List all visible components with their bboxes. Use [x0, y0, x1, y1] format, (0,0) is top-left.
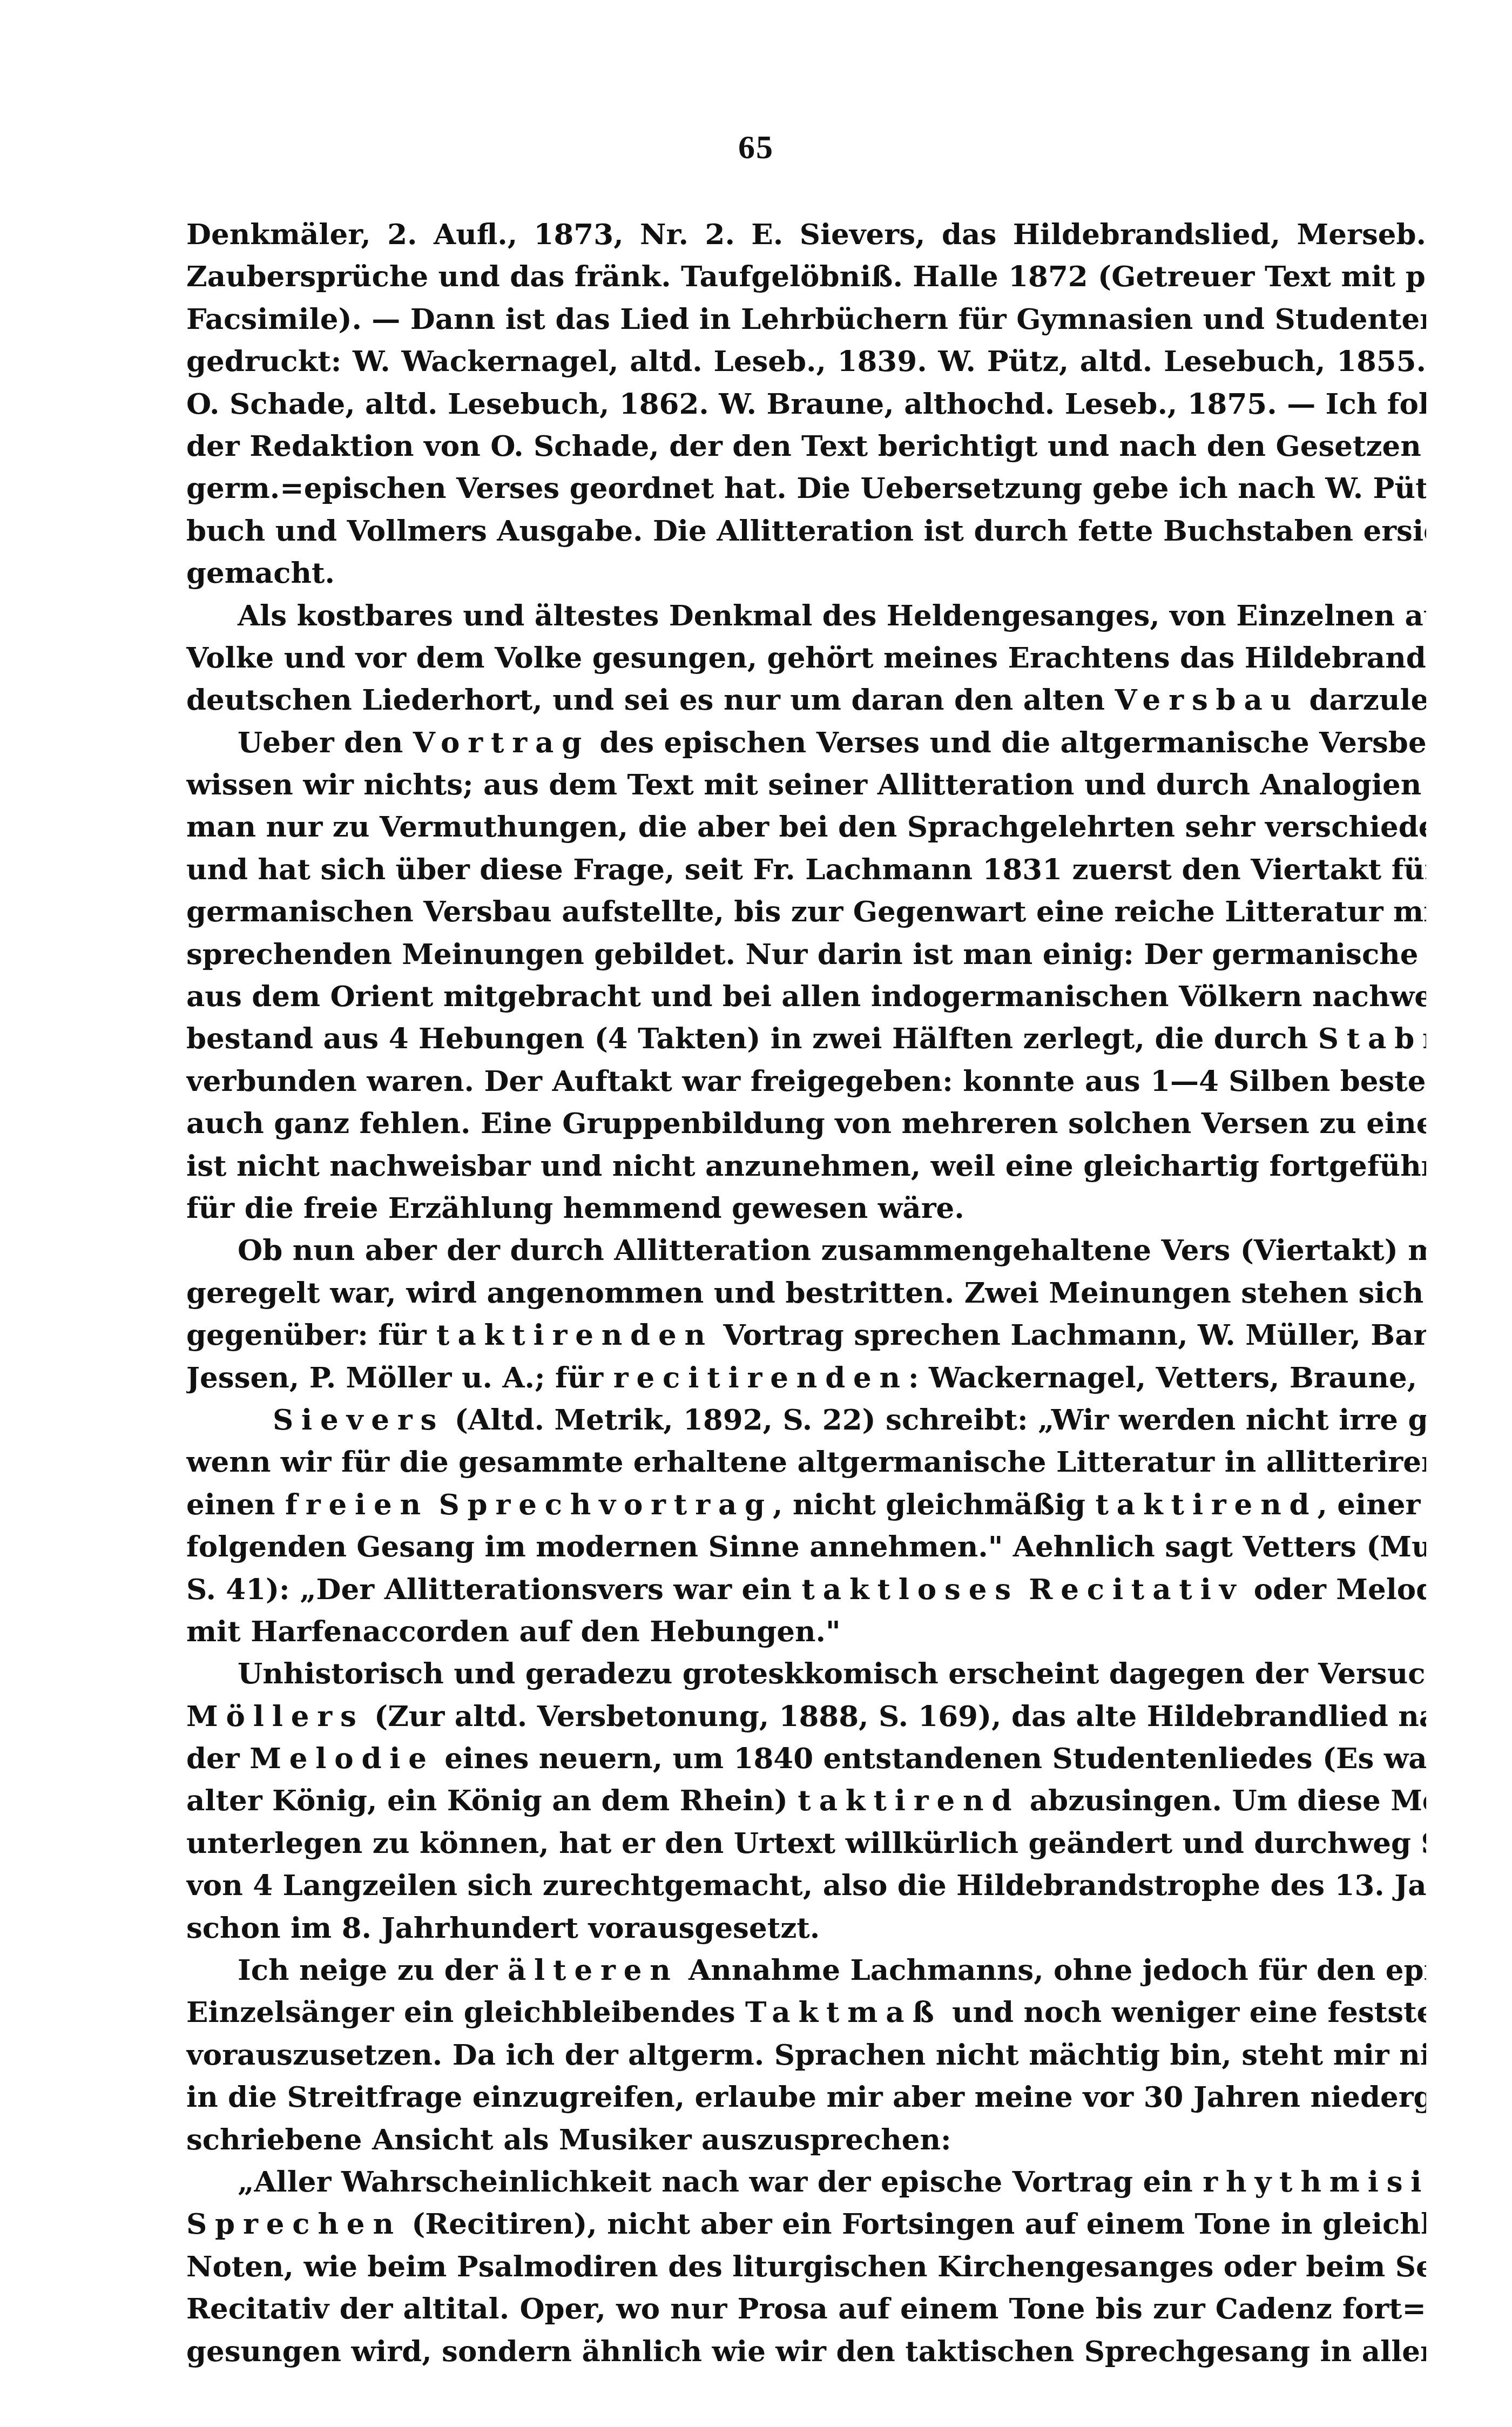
text-run: S. 41): „Der Allitterationsvers war ein: [186, 1573, 801, 1606]
text-run: der Redaktion von O. Schade, der den Tex…: [186, 429, 1426, 463]
text-line: Recitativ der altital. Oper, wo nur Pros…: [186, 2288, 1426, 2330]
text-run: ist nicht nachweisbar und nicht anzunehm…: [186, 1149, 1426, 1183]
text-run: schriebene Ansicht als Musiker auszuspre…: [186, 2123, 951, 2156]
text-line: „Aller Wahrscheinlichkeit nach war der e…: [186, 2161, 1426, 2203]
text-run: Als kostbares und ältestes Denkmal des H…: [238, 599, 1426, 632]
text-line: wenn wir für die gesammte erhaltene altg…: [186, 1441, 1426, 1483]
text-line: in die Streitfrage einzugreifen, erlaube…: [186, 2076, 1426, 2118]
text-line: Unhistorisch und geradezu groteskkomisch…: [186, 1653, 1426, 1695]
text-line: von 4 Langzeilen sich zurechtgemacht, al…: [186, 1864, 1426, 1906]
text-line: gesungen wird, sondern ähnlich wie wir d…: [186, 2330, 1426, 2372]
text-line: der Redaktion von O. Schade, der den Tex…: [186, 425, 1426, 467]
text-line: unterlegen zu können, hat er den Urtext …: [186, 1822, 1426, 1864]
text-run: , einer festen Melodie: [1317, 1488, 1426, 1521]
text-run: [1019, 1573, 1029, 1606]
text-line: germ.=epischen Verses geordnet hat. Die …: [186, 467, 1426, 509]
text-run: alter König, ein König an dem Rhein): [186, 1784, 798, 1817]
text-run: gedruckt: W. Wackernagel, altd. Leseb., …: [186, 345, 1426, 378]
page-number: 65: [0, 129, 1512, 167]
text-run: schon im 8. Jahrhundert vorausgesetzt.: [186, 1911, 820, 1945]
text-run: germanischen Versbau aufstellte, bis zur…: [186, 895, 1426, 928]
body-text: Denkmäler, 2. Aufl., 1873, Nr. 2. E. Sie…: [186, 213, 1426, 2372]
emphasized-spaced-text: Möllers: [186, 1700, 364, 1733]
emphasized-spaced-text: Taktmaß: [745, 1995, 942, 2029]
text-line: deutschen Liederhort, und sei es nur um …: [186, 679, 1426, 721]
text-line: Als kostbares und ältestes Denkmal des H…: [186, 595, 1426, 637]
text-run: Annahme Lachmanns, ohne jedoch für den e…: [679, 1953, 1426, 1987]
text-run: Denkmäler, 2. Aufl., 1873, Nr. 2. E. Sie…: [186, 218, 1426, 251]
text-line: gemacht.: [186, 552, 1426, 594]
text-line: folgenden Gesang im modernen Sinne anneh…: [186, 1526, 1426, 1568]
text-run: wissen wir nichts; aus dem Text mit sein…: [186, 768, 1426, 801]
text-line: aus dem Orient mitgebracht und bei allen…: [186, 975, 1426, 1017]
text-run: „Aller Wahrscheinlichkeit nach war der e…: [238, 2165, 1203, 2199]
emphasized-spaced-text: Sievers: [273, 1403, 444, 1437]
emphasized-spaced-text: Melodie: [249, 1742, 435, 1775]
text-line: schriebene Ansicht als Musiker auszuspre…: [186, 2119, 1426, 2161]
emphasized-spaced-text: freien: [285, 1488, 429, 1521]
text-run: deutschen Liederhort, und sei es nur um …: [186, 683, 1115, 717]
text-run: von 4 Langzeilen sich zurechtgemacht, al…: [186, 1869, 1426, 1902]
text-line: verbunden waren. Der Auftakt war freigeg…: [186, 1060, 1426, 1102]
text-line: geregelt war, wird angenommen und bestri…: [186, 1272, 1426, 1314]
text-run: O. Schade, altd. Lesebuch, 1862. W. Brau…: [186, 387, 1426, 421]
text-run: Facsimile). — Dann ist das Lied in Lehrb…: [186, 302, 1426, 336]
text-run: eines neuern, um 1840 entstandenen Stude…: [435, 1742, 1426, 1775]
emphasized-spaced-text: rhythmisirtes: [1203, 2165, 1426, 2199]
text-line: Sievers (Altd. Metrik, 1892, S. 22) schr…: [186, 1399, 1426, 1441]
text-run: Volke und vor dem Volke gesungen, gehört…: [186, 641, 1426, 675]
text-line: Ich neige zu der älteren Annahme Lachman…: [186, 1949, 1426, 1991]
text-run: in die Streitfrage einzugreifen, erlaube…: [186, 2080, 1426, 2114]
text-run: der: [186, 1742, 249, 1775]
text-line: sprechenden Meinungen gebildet. Nur dari…: [186, 933, 1426, 975]
text-line: bestand aus 4 Hebungen (4 Takten) in zwe…: [186, 1017, 1426, 1060]
text-line: Jessen, P. Möller u. A.; für recitirende…: [186, 1357, 1426, 1399]
text-line: der Melodie eines neuern, um 1840 entsta…: [186, 1737, 1426, 1779]
text-run: gegenüber: für: [186, 1318, 436, 1352]
text-line: einen freien Sprechvortrag, nicht gleich…: [186, 1484, 1426, 1526]
text-run: (Altd. Metrik, 1892, S. 22) schreibt: „W…: [444, 1403, 1426, 1437]
text-run: geregelt war, wird angenommen und bestri…: [186, 1276, 1426, 1310]
text-run: unterlegen zu können, hat er den Urtext …: [186, 1826, 1426, 1860]
text-run: gesungen wird, sondern ähnlich wie wir d…: [186, 2335, 1426, 2368]
emphasized-spaced-text: Sprechvortrag: [438, 1488, 773, 1521]
text-run: auch ganz fehlen. Eine Gruppenbildung vo…: [186, 1107, 1426, 1140]
text-line: für die freie Erzählung hemmend gewesen …: [186, 1187, 1426, 1229]
text-run: folgenden Gesang im modernen Sinne anneh…: [186, 1530, 1426, 1563]
text-run: germ.=epischen Verses geordnet hat. Die …: [186, 471, 1426, 505]
text-run: Jessen, P. Möller u. A.; für: [186, 1361, 613, 1394]
text-run: oder Melodram,: [1244, 1573, 1426, 1606]
emphasized-spaced-text: Vortrag: [413, 726, 590, 759]
text-line: gegenüber: für taktirenden Vortrag sprec…: [186, 1314, 1426, 1356]
text-run: Zaubersprüche und das fränk. Taufgelöbni…: [186, 260, 1426, 293]
text-run: Vortrag sprechen Lachmann, W. Müller, Ba…: [713, 1318, 1426, 1352]
emphasized-spaced-text: taktirenden: [436, 1318, 713, 1352]
text-run: , nicht gleichmäßig: [773, 1488, 1096, 1521]
text-run: Ich neige zu der: [238, 1953, 508, 1987]
text-line: mit Harfenaccorden auf den Hebungen.": [186, 1610, 1426, 1653]
emphasized-spaced-text: metrisch: [1408, 1233, 1426, 1267]
text-run: einen: [186, 1488, 285, 1521]
text-run: : Wackernagel, Vetters, Braune, Sievers.: [908, 1361, 1426, 1394]
text-line: Noten, wie beim Psalmodiren des liturgis…: [186, 2246, 1426, 2288]
text-line: Möllers (Zur altd. Versbetonung, 1888, S…: [186, 1695, 1426, 1737]
text-run: [429, 1488, 438, 1521]
emphasized-spaced-text: älteren: [508, 1953, 679, 1987]
text-line: Sprechen (Recitiren), nicht aber ein For…: [186, 2203, 1426, 2245]
emphasized-spaced-text: Stabreim: [1318, 1022, 1426, 1055]
text-run: Einzelsänger ein gleichbleibendes: [186, 1995, 745, 2029]
text-line: buch und Vollmers Ausgabe. Die Allittera…: [186, 510, 1426, 552]
text-run: (Recitiren), nicht aber ein Fortsingen a…: [402, 2207, 1426, 2241]
text-line: Facsimile). — Dann ist das Lied in Lehrb…: [186, 298, 1426, 340]
text-run: des epischen Verses und die altgermanisc…: [590, 726, 1426, 759]
text-run: vorauszusetzen. Da ich der altgerm. Spra…: [186, 2038, 1426, 2072]
text-line: Ob nun aber der durch Allitteration zusa…: [186, 1229, 1426, 1271]
text-run: abzusingen. Um diese Melodie: [1020, 1784, 1426, 1817]
text-run: buch und Vollmers Ausgabe. Die Allittera…: [186, 514, 1426, 548]
text-line: germanischen Versbau aufstellte, bis zur…: [186, 891, 1426, 933]
emphasized-spaced-text: Recitativ: [1029, 1573, 1244, 1606]
text-run: Ueber den: [238, 726, 413, 759]
emphasized-spaced-text: Versbau: [1115, 683, 1299, 717]
text-run: verbunden waren. Der Auftakt war freigeg…: [186, 1064, 1426, 1098]
text-run: gemacht.: [186, 556, 335, 590]
text-line: gedruckt: W. Wackernagel, altd. Leseb., …: [186, 340, 1426, 382]
text-run: Ob nun aber der durch Allitteration zusa…: [238, 1233, 1408, 1267]
emphasized-spaced-text: taktloses: [801, 1573, 1018, 1606]
text-line: Zaubersprüche und das fränk. Taufgelöbni…: [186, 255, 1426, 298]
text-run: man nur zu Vermuthungen, die aber bei de…: [186, 810, 1426, 844]
text-run: aus dem Orient mitgebracht und bei allen…: [186, 980, 1426, 1013]
text-line: S. 41): „Der Allitterationsvers war ein …: [186, 1568, 1426, 1610]
text-line: Einzelsänger ein gleichbleibendes Taktma…: [186, 1991, 1426, 2033]
text-run: sprechenden Meinungen gebildet. Nur dari…: [186, 938, 1426, 971]
text-run: und noch weniger eine feststehende: [942, 1995, 1427, 2029]
book-page: 65 Denkmäler, 2. Aufl., 1873, Nr. 2. E. …: [0, 0, 1512, 2427]
text-line: Ueber den Vortrag des epischen Verses un…: [186, 722, 1426, 764]
text-line: O. Schade, altd. Lesebuch, 1862. W. Brau…: [186, 383, 1426, 425]
text-line: und hat sich über diese Frage, seit Fr. …: [186, 848, 1426, 891]
text-run: mit Harfenaccorden auf den Hebungen.": [186, 1615, 841, 1648]
text-run: Noten, wie beim Psalmodiren des liturgis…: [186, 2250, 1426, 2283]
text-line: Volke und vor dem Volke gesungen, gehört…: [186, 637, 1426, 679]
text-run: Unhistorisch und geradezu groteskkomisch…: [238, 1657, 1426, 1690]
emphasized-spaced-text: Sprechen: [186, 2207, 402, 2241]
text-run: für die freie Erzählung hemmend gewesen …: [186, 1191, 964, 1225]
text-run: Recitativ der altital. Oper, wo nur Pros…: [186, 2292, 1426, 2325]
text-run: wenn wir für die gesammte erhaltene altg…: [186, 1445, 1426, 1479]
emphasized-spaced-text: taktirend: [1096, 1488, 1318, 1521]
text-line: schon im 8. Jahrhundert vorausgesetzt.: [186, 1907, 1426, 1949]
text-line: wissen wir nichts; aus dem Text mit sein…: [186, 764, 1426, 806]
text-line: ist nicht nachweisbar und nicht anzunehm…: [186, 1145, 1426, 1187]
text-line: vorauszusetzen. Da ich der altgerm. Spra…: [186, 2034, 1426, 2076]
text-run: und hat sich über diese Frage, seit Fr. …: [186, 853, 1426, 886]
text-run: bestand aus 4 Hebungen (4 Takten) in zwe…: [186, 1022, 1318, 1055]
text-line: auch ganz fehlen. Eine Gruppenbildung vo…: [186, 1102, 1426, 1144]
text-run: darzulegen.: [1299, 683, 1426, 717]
emphasized-spaced-text: recitirenden: [613, 1361, 908, 1394]
text-line: alter König, ein König an dem Rhein) tak…: [186, 1779, 1426, 1822]
text-run: (Zur altd. Versbetonung, 1888, S. 169), …: [364, 1700, 1426, 1733]
text-line: Denkmäler, 2. Aufl., 1873, Nr. 2. E. Sie…: [186, 213, 1426, 255]
text-line: man nur zu Vermuthungen, die aber bei de…: [186, 806, 1426, 848]
emphasized-spaced-text: taktirend: [798, 1784, 1020, 1817]
